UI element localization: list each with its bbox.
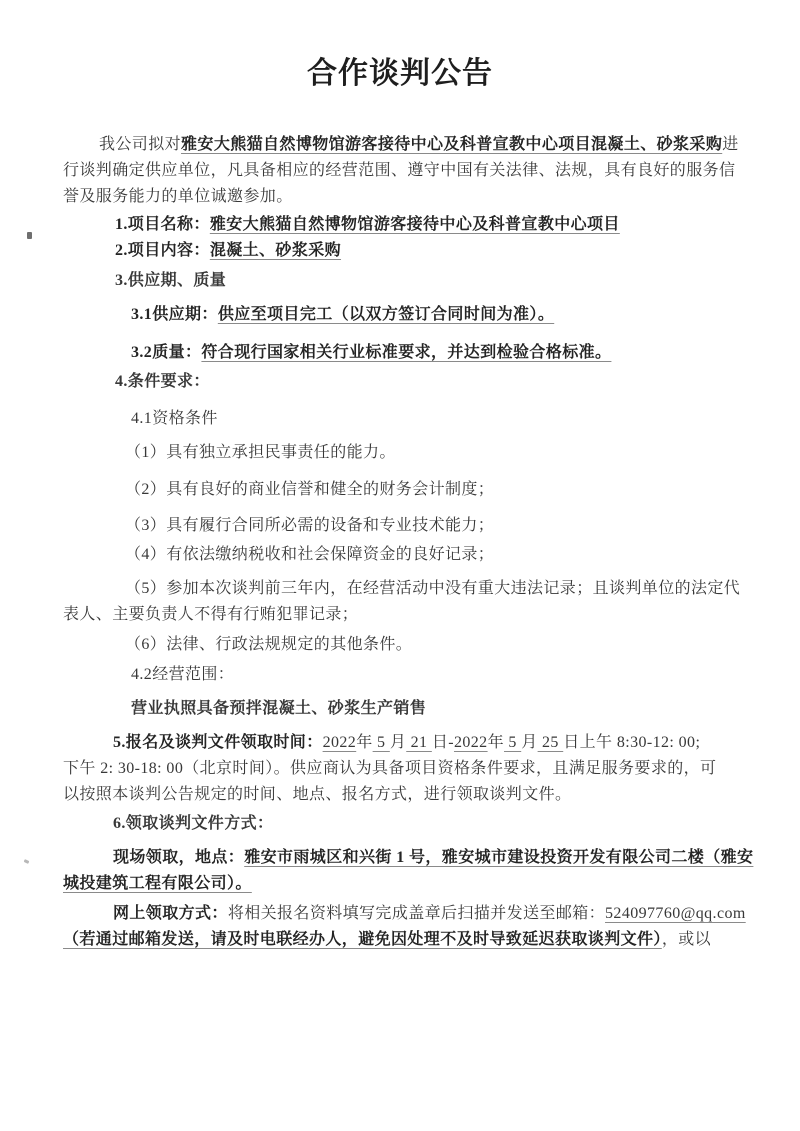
online-line-1: 网上领取方式：将相关报名资料填写完成盖章后扫描并发送至邮箱：524097760@…	[63, 901, 737, 927]
item-2-project-content: 2.项目内容：混凝土、砂浆采购	[115, 238, 737, 264]
onsite-address-cont: 城投建筑工程有限公司）。	[63, 875, 252, 892]
online-suffix: ，或以	[662, 931, 711, 948]
onsite-label: 现场领取，地点：	[113, 849, 244, 866]
item-5-line-1: 5.报名及谈判文件领取时间：2022年 5 月 21 日-2022年 5 月 2…	[63, 730, 737, 756]
condition-6: （6）法律、行政法规规定的其他条件。	[63, 632, 737, 658]
item-5-registration-time: 5.报名及谈判文件领取时间：2022年 5 月 21 日-2022年 5 月 2…	[63, 730, 737, 808]
scan-speck	[24, 859, 30, 864]
item-1-project-name: 1.项目名称：雅安大熊猫自然博物馆游客接待中心及科普宣教中心项目	[115, 212, 737, 238]
item-3-1-label: 3.1供应期：	[131, 306, 218, 323]
item-2-label: 2.项目内容：	[115, 242, 210, 259]
project-name-underlined: 雅安大熊猫自然博物馆游客接待中心及科普宣教中心项目混凝土、砂浆采购	[181, 136, 722, 153]
online-pickup: 网上领取方式：将相关报名资料填写完成盖章后扫描并发送至邮箱：524097760@…	[63, 901, 737, 953]
item-3-2-value: 符合现行国家相关行业标准要求，并达到检验合格标准。	[201, 344, 611, 361]
intro-line-1: 我公司拟对雅安大熊猫自然博物馆游客接待中心及科普宣教中心项目混凝土、砂浆采购进	[63, 132, 737, 158]
start-day: 21	[406, 734, 432, 751]
onsite-pickup: 现场领取，地点：雅安市雨城区和兴街 1 号，雅安城市建设投资开发有限公司二楼（雅…	[63, 845, 737, 897]
intro-text: 我公司拟对	[99, 136, 181, 153]
condition-4: （4）有依法缴纳税收和社会保障资金的良好记录；	[63, 542, 737, 568]
item-3-2-label: 3.2质量：	[131, 344, 201, 361]
scanned-document-page: 合作谈判公告 我公司拟对雅安大熊猫自然博物馆游客接待中心及科普宣教中心项目混凝土…	[0, 0, 800, 1131]
online-label: 网上领取方式：	[113, 905, 228, 922]
online-line-2: （若通过邮箱发送，请及时电联经办人，避免因处理不及时导致延迟获取谈判文件），或以	[63, 927, 737, 953]
onsite-line-2: 城投建筑工程有限公司）。	[63, 871, 737, 897]
item-5-line-3: 以按照本谈判公告规定的时间、地点、报名方式，进行领取谈判文件。	[63, 782, 737, 808]
item-3-2-quality: 3.2质量：符合现行国家相关行业标准要求，并达到检验合格标准。	[131, 340, 737, 366]
condition-3: （3）具有履行合同所必需的设备和专业技术能力；	[63, 513, 737, 539]
condition-5-line-1: （5）参加本次谈判前三年内，在经营活动中没有重大违法记录；且谈判单位的法定代	[63, 576, 737, 602]
intro-paragraph: 我公司拟对雅安大熊猫自然博物馆游客接待中心及科普宣教中心项目混凝土、砂浆采购进 …	[63, 132, 737, 210]
item-1-label: 1.项目名称：	[115, 216, 210, 233]
end-year: 2022	[454, 734, 488, 751]
onsite-address: 雅安市雨城区和兴街 1 号，雅安城市建设投资开发有限公司二楼（雅安	[244, 849, 753, 866]
condition-5-line-2: 表人、主要负责人不得有行贿犯罪记录；	[63, 602, 737, 628]
onsite-line-1: 现场领取，地点：雅安市雨城区和兴街 1 号，雅安城市建设投资开发有限公司二楼（雅…	[63, 845, 737, 871]
intro-text: 进	[722, 136, 738, 153]
month-char: 月	[521, 734, 537, 751]
end-month: 5	[504, 734, 521, 751]
intro-line-2: 行谈判确定供应单位，凡具备相应的经营范围、遵守中国有关法律、法规，具有良好的服务…	[63, 158, 737, 184]
scan-speck	[27, 232, 32, 239]
online-instruction: 将相关报名资料填写完成盖章后扫描并发送至邮箱：	[228, 905, 605, 922]
item-5-line-2: 下午 2: 30-18: 00（北京时间）。供应商认为具备项目资格条件要求，且满…	[63, 756, 737, 782]
condition-2: （2）具有良好的商业信誉和健全的财务会计制度；	[63, 477, 737, 503]
start-year: 2022	[323, 734, 357, 751]
page-title: 合作谈判公告	[63, 52, 737, 96]
item-3-1-value: 供应至项目完工（以双方签订合同时间为准）。	[218, 306, 554, 323]
email-address: 524097760@qq.com	[605, 905, 746, 922]
time-range: 日上午 8:30-12: 00;	[563, 734, 700, 751]
end-day: 25	[538, 734, 564, 751]
year-char: 年	[488, 734, 504, 751]
item-4-2-heading: 4.2经营范围：	[131, 662, 737, 688]
start-month: 5	[373, 734, 390, 751]
item-3-heading: 3.供应期、质量	[115, 268, 737, 294]
item-6-heading: 6.领取谈判文件方式：	[63, 811, 737, 837]
condition-5: （5）参加本次谈判前三年内，在经营活动中没有重大违法记录；且谈判单位的法定代 表…	[63, 576, 737, 628]
item-2-value: 混凝土、砂浆采购	[210, 242, 341, 259]
year-char: 年	[356, 734, 372, 751]
online-note: （若通过邮箱发送，请及时电联经办人，避免因处理不及时导致延迟获取谈判文件）	[63, 931, 662, 948]
condition-1: （1）具有独立承担民事责任的能力。	[63, 440, 737, 466]
month-char: 月	[390, 734, 406, 751]
date-dash: 日-	[432, 734, 454, 751]
item-4-heading: 4.条件要求：	[115, 369, 737, 395]
item-1-value: 雅安大熊猫自然博物馆游客接待中心及科普宣教中心项目	[210, 216, 620, 233]
item-5-label: 5.报名及谈判文件领取时间：	[113, 734, 323, 751]
intro-line-3: 誉及服务能力的单位诚邀参加。	[63, 184, 737, 210]
business-scope: 营业执照具备预拌混凝土、砂浆生产销售	[131, 696, 737, 722]
item-3-1-supply-period: 3.1供应期：供应至项目完工（以双方签订合同时间为准）。	[131, 302, 737, 328]
item-4-1-heading: 4.1资格条件	[131, 406, 737, 432]
